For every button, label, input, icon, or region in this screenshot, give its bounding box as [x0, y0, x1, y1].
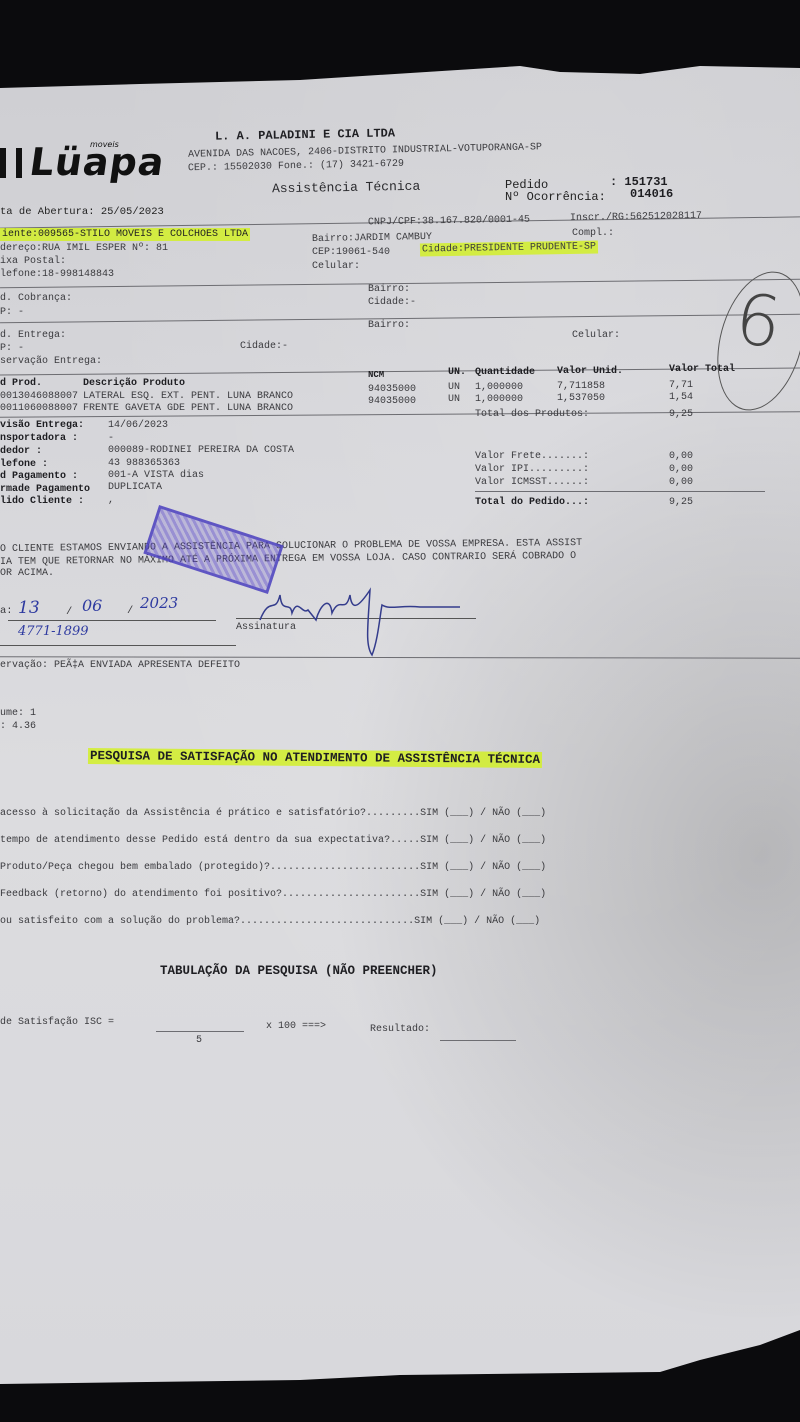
label-vendedor: dedor :: [0, 446, 42, 457]
valor-ipi-label: Valor IPI.........:: [475, 464, 589, 475]
isc-numerator-line: [156, 1031, 244, 1032]
survey-question-5: ou satisfeito com a solução do problema?…: [0, 916, 540, 927]
col-ncm: NCM: [368, 370, 384, 380]
col-quantidade: Quantidade: [475, 367, 535, 378]
valor-ipi-value: 0,00: [669, 464, 693, 475]
cobranca-bairro: Bairro:: [368, 284, 410, 295]
resultado-line: [440, 1040, 516, 1041]
cep: CEP:19061-540: [312, 247, 390, 258]
survey-question-3: Produto/Peça chegou bem embalado (proteg…: [0, 862, 546, 873]
cell-cod: 0013046088007: [0, 391, 78, 402]
total-produtos-value: 9,25: [669, 409, 693, 420]
volume: ume: 1: [0, 708, 36, 719]
cell-un: UN: [448, 394, 460, 405]
entrega-label: d. Entrega:: [0, 330, 66, 341]
label-forma-pagamento: rmade Pagamento: [0, 484, 90, 495]
inscricao: Inscr./RG:562512028117: [570, 211, 702, 224]
value-previsao-entrega: 14/06/2023: [108, 420, 168, 431]
label-transportadora: nsportadora :: [0, 433, 78, 444]
cell-desc: LATERAL ESQ. EXT. PENT. LUNA BRANCO: [83, 391, 293, 402]
cell-cod: 0011060088007: [0, 403, 78, 414]
document-title: Assistência Técnica: [272, 179, 420, 197]
id-line: [0, 645, 236, 646]
date-separator: /: [127, 605, 133, 617]
cell-qtd: 1,000000: [475, 394, 523, 405]
cell-total: 1,54: [669, 392, 693, 403]
label-previsao-entrega: visão Entrega:: [0, 420, 84, 431]
ocorrencia-label: Nº Ocorrência:: [505, 190, 606, 204]
entrega-celular: Celular:: [572, 330, 620, 341]
isc-denominator: 5: [196, 1035, 202, 1046]
cell-un: UN: [448, 382, 460, 393]
survey-question-1: acesso à solicitação da Assistência é pr…: [0, 808, 546, 819]
valor-frete-value: 0,00: [669, 451, 693, 462]
cliente: iente:009565-STILO MOVEIS E COLCHOES LTD…: [0, 228, 250, 241]
col-cod-prod: d Prod.: [0, 378, 42, 389]
value-cond-pagamento: 001-A VISTA dias: [108, 470, 204, 481]
resultado-label: Resultado:: [370, 1024, 430, 1035]
observacao-entrega: servação Entrega:: [0, 356, 102, 367]
observacao: ervação: PEÃ‡A ENVIADA APRESENTA DEFEITO: [0, 660, 240, 671]
cobranca-cep: P: -: [0, 307, 24, 318]
cell-total: 7,71: [669, 380, 693, 391]
date-prefix: a:: [0, 605, 13, 617]
valor-frete-label: Valor Frete.......:: [475, 451, 589, 462]
handwritten-day: 13: [18, 598, 40, 618]
total-pedido-value: 9,25: [669, 497, 693, 508]
data-abertura: ta de Abertura: 25/05/2023: [0, 206, 164, 218]
complemento: Compl.:: [572, 228, 614, 239]
handwritten-year: 2023: [140, 594, 178, 612]
bairro: Bairro:JARDIM CAMBUY: [312, 232, 432, 245]
value-pedido-cliente: ,: [108, 495, 114, 506]
label-telefone: lefone :: [0, 459, 48, 470]
value-telefone: 43 988365363: [108, 458, 180, 469]
handwritten-id: 4771-1899: [18, 624, 89, 639]
date-separator: /: [66, 606, 72, 618]
endereco: dereço:RUA IMIL ESPER Nº: 81: [0, 243, 168, 254]
col-valor-unid: Valor Unid.: [557, 366, 623, 377]
value-vendedor: 000089-RODINEI PEREIRA DA COSTA: [108, 445, 294, 456]
cell-desc: FRENTE GAVETA GDE PENT. LUNA BRANCO: [83, 403, 293, 414]
handwritten-month: 06: [82, 596, 102, 615]
logo-mark-icon: [0, 148, 22, 178]
total-produtos-label: Total dos Produtos:: [475, 409, 589, 420]
cell-unit: 1,537050: [557, 393, 605, 404]
cobranca-label: d. Cobrança:: [0, 293, 72, 304]
cell-qtd: 1,000000: [475, 382, 523, 393]
cell-ncm: 94035000: [368, 384, 416, 395]
isc-multiplier: x 100 ===>: [266, 1021, 326, 1032]
label-pedido-cliente: lido Cliente :: [0, 496, 84, 507]
value-forma-pagamento: DUPLICATA: [108, 482, 162, 493]
signature-scribble: [250, 585, 470, 660]
notice-line-3: OR ACIMA.: [0, 568, 54, 579]
peso: : 4.36: [0, 721, 36, 732]
caixa-postal: ixa Postal:: [0, 256, 66, 267]
date-line: [8, 620, 216, 621]
celular: Celular:: [312, 261, 360, 272]
isc-label: de Satisfação ISC =: [0, 1017, 114, 1028]
cobranca-cidade: Cidade:-: [368, 297, 416, 308]
company-logo: Lüapa: [27, 140, 168, 184]
divider: [475, 491, 765, 492]
ocorrencia-value: 014016: [630, 187, 673, 201]
cell-unit: 7,711858: [557, 381, 605, 392]
entrega-bairro: Bairro:: [368, 320, 410, 331]
tabulation-title: TABULAÇÃO DA PESQUISA (NÃO PREENCHER): [160, 964, 438, 978]
cell-ncm: 94035000: [368, 396, 416, 407]
entrega-cidade: Cidade:-: [240, 341, 288, 352]
total-pedido-label: Total do Pedido...:: [475, 497, 589, 508]
telefone: lefone:18-998148843: [0, 269, 114, 280]
col-descricao: Descrição Produto: [83, 378, 185, 389]
value-transportadora: -: [108, 433, 114, 444]
valor-icmsst-value: 0,00: [669, 477, 693, 488]
label-cond-pagamento: d Pagamento :: [0, 471, 78, 482]
survey-question-2: tempo de atendimento desse Pedido está d…: [0, 835, 546, 846]
survey-question-4: Feedback (retorno) do atendimento foi po…: [0, 889, 546, 900]
valor-icmsst-label: Valor ICMSST......:: [475, 477, 589, 488]
entrega-cep: P: -: [0, 343, 24, 354]
col-un: UN.: [448, 367, 466, 378]
